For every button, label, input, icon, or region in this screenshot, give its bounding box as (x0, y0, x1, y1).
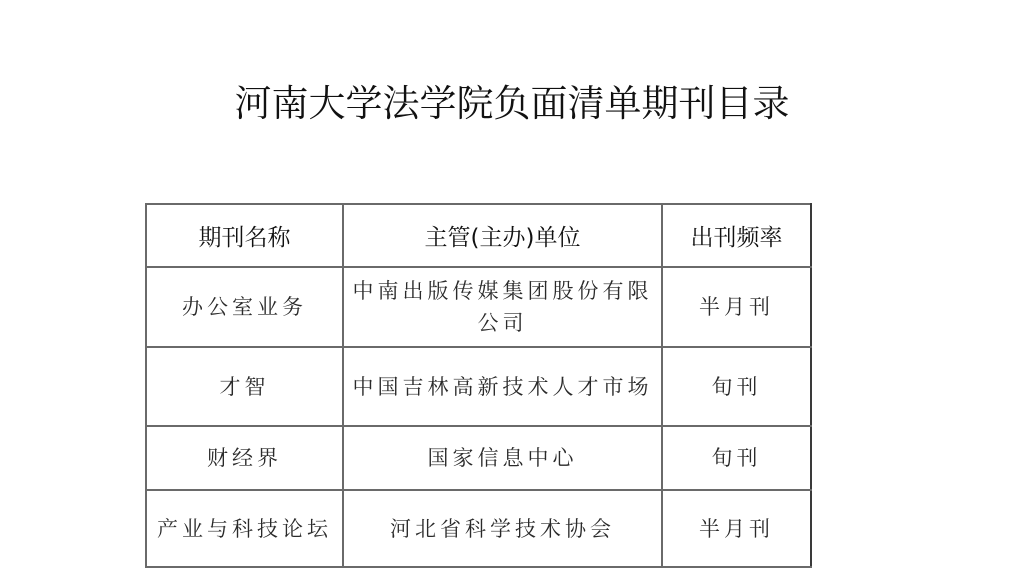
cell-frequency: 半月刊 (662, 267, 811, 347)
journal-table: 期刊名称 主管(主办)单位 出刊频率 办公室业务 中南出版传媒集团股份有限公司 … (145, 203, 812, 568)
header-frequency: 出刊频率 (662, 204, 811, 267)
table-row: 产业与科技论坛 河北省科学技术协会 半月刊 (146, 490, 811, 567)
document-page: 河南大学法学院负面清单期刊目录 期刊名称 主管(主办)单位 出刊频率 办公室业务… (0, 0, 1024, 576)
cell-frequency: 半月刊 (662, 490, 811, 567)
cell-sponsor: 中国吉林高新技术人才市场 (343, 347, 662, 426)
cell-journal-name: 办公室业务 (146, 267, 343, 347)
cell-sponsor: 中南出版传媒集团股份有限公司 (343, 267, 662, 347)
cell-sponsor: 国家信息中心 (343, 426, 662, 490)
table-row: 办公室业务 中南出版传媒集团股份有限公司 半月刊 (146, 267, 811, 347)
page-title: 河南大学法学院负面清单期刊目录 (0, 78, 1024, 130)
table-header-row: 期刊名称 主管(主办)单位 出刊频率 (146, 204, 811, 267)
cell-journal-name: 产业与科技论坛 (146, 490, 343, 567)
cell-sponsor: 河北省科学技术协会 (343, 490, 662, 567)
table-row: 才智 中国吉林高新技术人才市场 旬刊 (146, 347, 811, 426)
cell-frequency: 旬刊 (662, 426, 811, 490)
table-row: 财经界 国家信息中心 旬刊 (146, 426, 811, 490)
cell-journal-name: 才智 (146, 347, 343, 426)
header-journal-name: 期刊名称 (146, 204, 343, 267)
cell-frequency: 旬刊 (662, 347, 811, 426)
header-sponsor: 主管(主办)单位 (343, 204, 662, 267)
cell-journal-name: 财经界 (146, 426, 343, 490)
